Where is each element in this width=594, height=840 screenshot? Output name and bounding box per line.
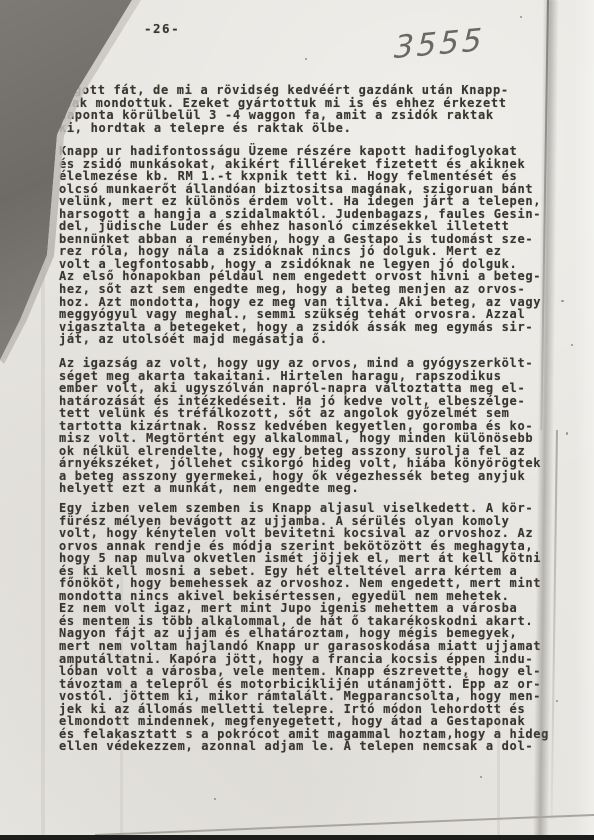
- text-line: Knapp ur hadifontosságu Üzeme részére ka…: [59, 145, 579, 158]
- text-line: Az igazság az volt, hogy ugy az orvos, m…: [59, 357, 579, 370]
- text-line: del, jüdische Luder és ehhez hasonló cim…: [59, 220, 579, 233]
- text-line: hogy 5 nap mulva okvetlen ismét jöjjek e…: [59, 552, 579, 565]
- scan-speck: [305, 58, 307, 60]
- text-line: főnököt, hogy bemehessek az orvoshoz. Ne…: [59, 577, 579, 590]
- text-line: hez, sőt azt sem engedte meg, hogy a bet…: [59, 283, 579, 296]
- paragraph-3: Az igazság az volt, hogy ugy az orvos, m…: [59, 357, 579, 495]
- text-line: élelmezése kb. RM 1.-t kxpnik tett ki. H…: [59, 170, 579, 183]
- text-line: volt, hogy kénytelen volt bevitetni kocs…: [59, 527, 579, 540]
- paragraph-2: Knapp ur hadifontosságu Üzeme részére ka…: [59, 145, 579, 346]
- handwritten-archive-number: 3555: [393, 22, 485, 66]
- text-line: meggyógyul vagy meghal., semmi szükség t…: [59, 308, 579, 321]
- paragraph-4: Egy izben velem szemben is Knapp aljasul…: [59, 502, 579, 753]
- scan-speck: [561, 300, 564, 302]
- text-line: velünk, mert ez különös érdem volt. Ha i…: [59, 195, 579, 208]
- scan-speck: [566, 432, 568, 435]
- scanned-document-page: -26- 3555 gott fát, de mi a rövidség ked…: [0, 0, 594, 840]
- bottom-page-edge: [95, 814, 594, 836]
- page-number: -26-: [144, 21, 180, 36]
- text-line: gott fát, de mi a rövidség kedvéért gazd…: [59, 84, 579, 97]
- text-line: naponta körülbelül 3 -4 waggon fa, amit …: [59, 109, 579, 122]
- scan-speck: [520, 16, 522, 18]
- scan-speck: [480, 776, 482, 778]
- right-page-edge-highlight: [574, 0, 594, 840]
- text-line: elmondott mindennek, megfenyegetett, hog…: [59, 715, 579, 728]
- text-line: misz volt. Megtörtént egy alkalommal, ho…: [59, 432, 579, 445]
- text-line: mert nem voltam hajlandó Knapp ur garaso…: [59, 640, 579, 653]
- scan-speck: [556, 700, 558, 702]
- paper-streak: [120, 560, 123, 840]
- text-line: lóban volt a városba, vele mentem. Knapp…: [59, 665, 579, 678]
- paragraph-1: gott fát, de mi a rövidség kedvéért gazd…: [59, 84, 579, 134]
- text-line: Egy izben velem szemben is Knapp aljasul…: [59, 502, 579, 515]
- scan-speck: [214, 798, 216, 800]
- text-line: helyett ezt a munkát, nem engedte meg.: [59, 482, 579, 495]
- scanner-background-strip: [0, 835, 594, 840]
- text-line: ját, az utolsóét majd megásatja ő.: [59, 333, 579, 346]
- text-line: ember volt, aki ugyszólván napról-napra …: [59, 382, 579, 395]
- text-line: ellen védekezzem, azonnal adjam le. A te…: [59, 740, 579, 753]
- text-line: vostól. jöttem ki, mikor rámtalált. Megp…: [59, 690, 579, 703]
- scan-speck: [571, 344, 573, 346]
- text-line: tett velünk és tréfálkozott, sőt az ango…: [59, 407, 579, 420]
- text-line: ki, hordtak a telepre és raktak ölbe.: [59, 122, 579, 135]
